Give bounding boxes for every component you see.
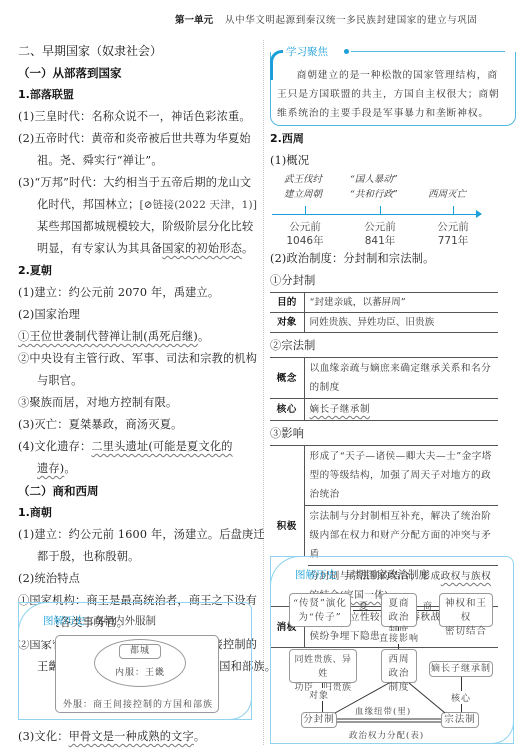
tribe-item-3: (3)“万邦”时代：大约相当于五帝后期的龙山文 bbox=[18, 172, 256, 194]
arrow-right-icon bbox=[476, 210, 482, 218]
tribe-item-2-cont: 祖。尧、舜实行“禅让”。 bbox=[18, 150, 256, 172]
xia-governance-1: ①王位世袭制代替禅让制(禹死启继)。 bbox=[18, 326, 256, 348]
overview-title: (1)概况 bbox=[270, 150, 516, 172]
xia-founding: (1)建立：约公元前 2070 年，禹建立。 bbox=[18, 282, 256, 304]
primogeniture-box: 嫡长子继承制 bbox=[429, 661, 493, 677]
western-zhou-system-box: 西周政治制度 bbox=[381, 649, 417, 683]
xia-label: 夏 bbox=[359, 599, 369, 612]
shang-rule-title: (2)统治特点 bbox=[18, 568, 256, 590]
objects-box: 同姓贵族、异姓功臣、旧贵族 bbox=[289, 649, 357, 683]
tribe-item-3-cont: 化时代，邦国林立；[⊘链接(2022 天津，1)] bbox=[18, 194, 256, 216]
xia-shang-system-box: 夏商政治制度 bbox=[381, 593, 417, 627]
xia-fall: (3)灭亡：夏桀暴政，商汤灭夏。 bbox=[18, 414, 256, 436]
table-row: 积极形成了“天子—诸侯—卿大夫—士”金字塔型的等级结构，加强了周天子对地方的政治… bbox=[270, 446, 498, 506]
study-focus-title: 学习聚焦 bbox=[283, 44, 331, 59]
timeline-tick bbox=[453, 206, 454, 215]
table-row: 目的“封建亲戚，以蕃屏周” bbox=[270, 293, 498, 313]
political-system-diagram: 图解历史早期国家政治制度 “传贤”演化为“传子” 夏商政治制度 神权和王权密切结… bbox=[270, 556, 514, 744]
shang-founding: (1)建立：约公元前 1600 年，汤建立。后盘庚迁 bbox=[18, 524, 256, 546]
capital-box: 都城 bbox=[119, 644, 161, 659]
page-curl-decoration bbox=[488, 718, 514, 744]
tribe-item-2: (2)五帝时代：黄帝和炎帝被后世共尊为华夏始 bbox=[18, 128, 256, 150]
timeline-tick bbox=[305, 206, 306, 215]
shang-culture: (3)文化：甲骨文是一种成熟的文字。 bbox=[18, 726, 205, 748]
timeline-date-1: 公元前1046年 bbox=[278, 220, 332, 248]
fengjian-title: ①分封制 bbox=[270, 270, 516, 292]
zongfa-table: 概念以血缘亲疏与嫡庶来确定继承关系和名分的制度 核心嫡长子继承制 bbox=[270, 357, 498, 421]
timeline-date-2: 公元前841年 bbox=[353, 220, 407, 248]
xia-heritage: (4)文化遗存：二里头遗址(可能是夏文化的 bbox=[18, 436, 256, 458]
shang-founding-cont: 都于殷，也称殷朝。 bbox=[18, 546, 256, 568]
impact-title: ③影响 bbox=[270, 423, 516, 445]
timeline-event-1: 武王伐纣建立周朝 bbox=[284, 172, 322, 202]
timeline-event-3: 西周灭亡 bbox=[428, 172, 466, 202]
tribe-title: 1.部落联盟 bbox=[18, 84, 256, 106]
exam-link-ref[interactable]: [⊘链接(2022 天津，1)] bbox=[140, 199, 258, 211]
table-row: 对象同姓贵族、异姓功臣、旧贵族 bbox=[270, 313, 498, 333]
timeline-event-2: “国人暴动”“共和行政” bbox=[350, 172, 398, 202]
section-title: 二、早期国家（奴隶社会） bbox=[18, 40, 256, 62]
column-divider bbox=[263, 40, 264, 745]
xia-governance-2-cont: 与职官。 bbox=[18, 370, 256, 392]
direct-influence-label: 直接影响 bbox=[379, 631, 419, 644]
xia-governance-2: ②中央设有主管行政、军事、司法和宗教的机构 bbox=[18, 348, 256, 370]
fengjian-table: 目的“封建亲戚，以蕃屏周” 对象同姓贵族、异姓功臣、旧贵族 bbox=[270, 292, 498, 333]
outer-service-label: 外服：商王间接控制的方国和部族 bbox=[63, 697, 213, 710]
diagram-title: 图解历史早期国家政治制度 bbox=[295, 567, 429, 582]
shang-diagram: 图解历史商朝内外服制 都城 内服：王畿 外服：商王间接控制的方国和部族 bbox=[18, 602, 252, 720]
shang-label: 商 bbox=[423, 599, 433, 612]
page-header: 第一单元 从中华文明起源到秦汉统一多民族封建国家的建立与巩固 bbox=[0, 10, 526, 26]
diagram-title: 图解历史商朝内外服制 bbox=[43, 613, 156, 628]
fenfeng-box: 分封制 bbox=[301, 712, 337, 728]
key-point: 国家的初始形态 bbox=[162, 242, 242, 255]
zongfa-box: 宗法制 bbox=[441, 712, 479, 728]
political-system: (2)政治制度：分封制和宗法制。 bbox=[270, 248, 516, 270]
xia-title: 2.夏朝 bbox=[18, 260, 256, 282]
zhou-title: 2.西周 bbox=[270, 128, 516, 150]
title-rule bbox=[351, 51, 505, 52]
tribe-item-3-cont2: 某些邦国都城规模较大，阶级阶层分化比较 bbox=[18, 216, 256, 238]
shang-title: 1.商朝 bbox=[18, 502, 256, 524]
object-label: 对象 bbox=[309, 688, 329, 701]
core-label: 核心 bbox=[451, 691, 471, 704]
table-row: 核心嫡长子继承制 bbox=[270, 399, 498, 421]
study-focus-box: 学习聚焦 商朝建立的是一种松散的国家管理结构，商王只是方国联盟的共主，方国自主权… bbox=[270, 52, 516, 126]
left-column: 二、早期国家（奴隶社会） （一）从部落到国家 1.部落联盟 (1)三皇时代：名称… bbox=[18, 40, 256, 678]
focus-bracket-decoration bbox=[270, 50, 284, 80]
tribe-item-3-cont3: 明显，有专家认为其具备国家的初始形态。 bbox=[18, 238, 256, 260]
timeline-axis bbox=[272, 214, 480, 215]
subsection-title-1: （一）从部落到国家 bbox=[18, 62, 256, 84]
xia-governance-title: (2)国家治理 bbox=[18, 304, 256, 326]
power-distribution-label: 政治权力分配(表) bbox=[349, 729, 424, 741]
page-curl-decoration bbox=[226, 694, 252, 720]
timeline-date-3: 公元前771年 bbox=[426, 220, 480, 248]
xia-heritage-cont: 遗存)。 bbox=[18, 458, 256, 480]
table-row: 概念以血缘亲疏与嫡庶来确定继承关系和名分的制度 bbox=[270, 358, 498, 399]
tribe-item-1: (1)三皇时代：名称众说不一，神话色彩浓重。 bbox=[18, 106, 256, 128]
blood-tie-label: 血缘纽带(里) bbox=[355, 705, 411, 717]
theocracy-box: 神权和王权密切结合 bbox=[439, 593, 493, 627]
bullet-dot-icon bbox=[344, 49, 349, 54]
xia-governance-3: ③聚族而居，对地方控制有限。 bbox=[18, 392, 256, 414]
unit-title: 从中华文明起源到秦汉统一多民族封建国家的建立与巩固 bbox=[225, 12, 478, 26]
study-focus-text: 商朝建立的是一种松散的国家管理结构，商王只是方国联盟的共主，方国自主权很大；商朝… bbox=[277, 66, 507, 123]
inner-service-label: 内服：王畿 bbox=[115, 665, 165, 678]
unit-label: 第一单元 bbox=[175, 12, 213, 26]
timeline-tick bbox=[380, 206, 381, 215]
western-zhou-timeline: 武王伐纣建立周朝 “国人暴动”“共和行政” 西周灭亡 公元前1046年 公元前8… bbox=[270, 172, 516, 248]
subsection-title-2: （二）商和西周 bbox=[18, 480, 256, 502]
zongfa-title: ②宗法制 bbox=[270, 335, 516, 357]
chuanxian-box: “传贤”演化为“传子” bbox=[289, 593, 351, 627]
